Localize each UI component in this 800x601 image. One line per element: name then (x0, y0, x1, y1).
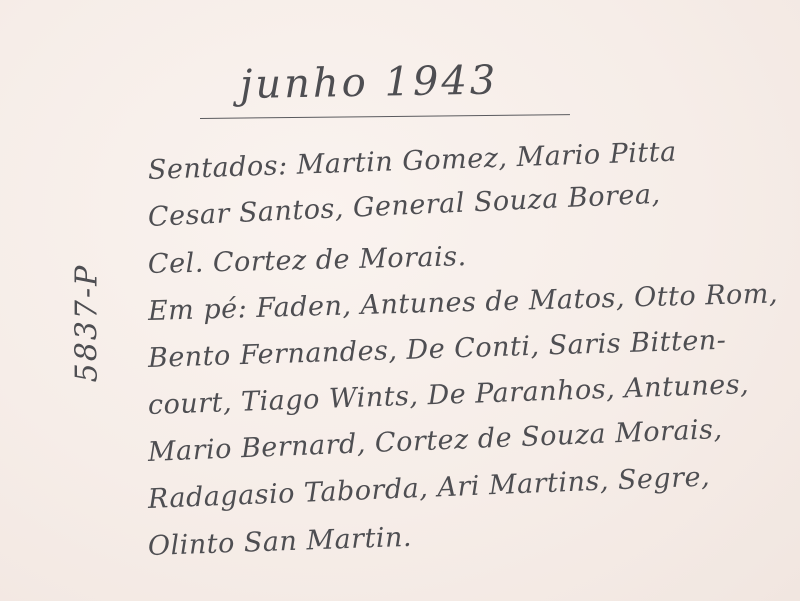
date-heading: junho 1943 (240, 57, 499, 108)
catalog-number: 5837-P (70, 264, 105, 383)
handwritten-body: Sentados: Martin Gomez, Mario Pitta Cesa… (148, 148, 798, 571)
paper-sheet: junho 1943 5837-P Sentados: Martin Gomez… (0, 0, 800, 601)
heading-underline (200, 114, 570, 119)
side-annotation: 5837-P (62, 248, 112, 398)
